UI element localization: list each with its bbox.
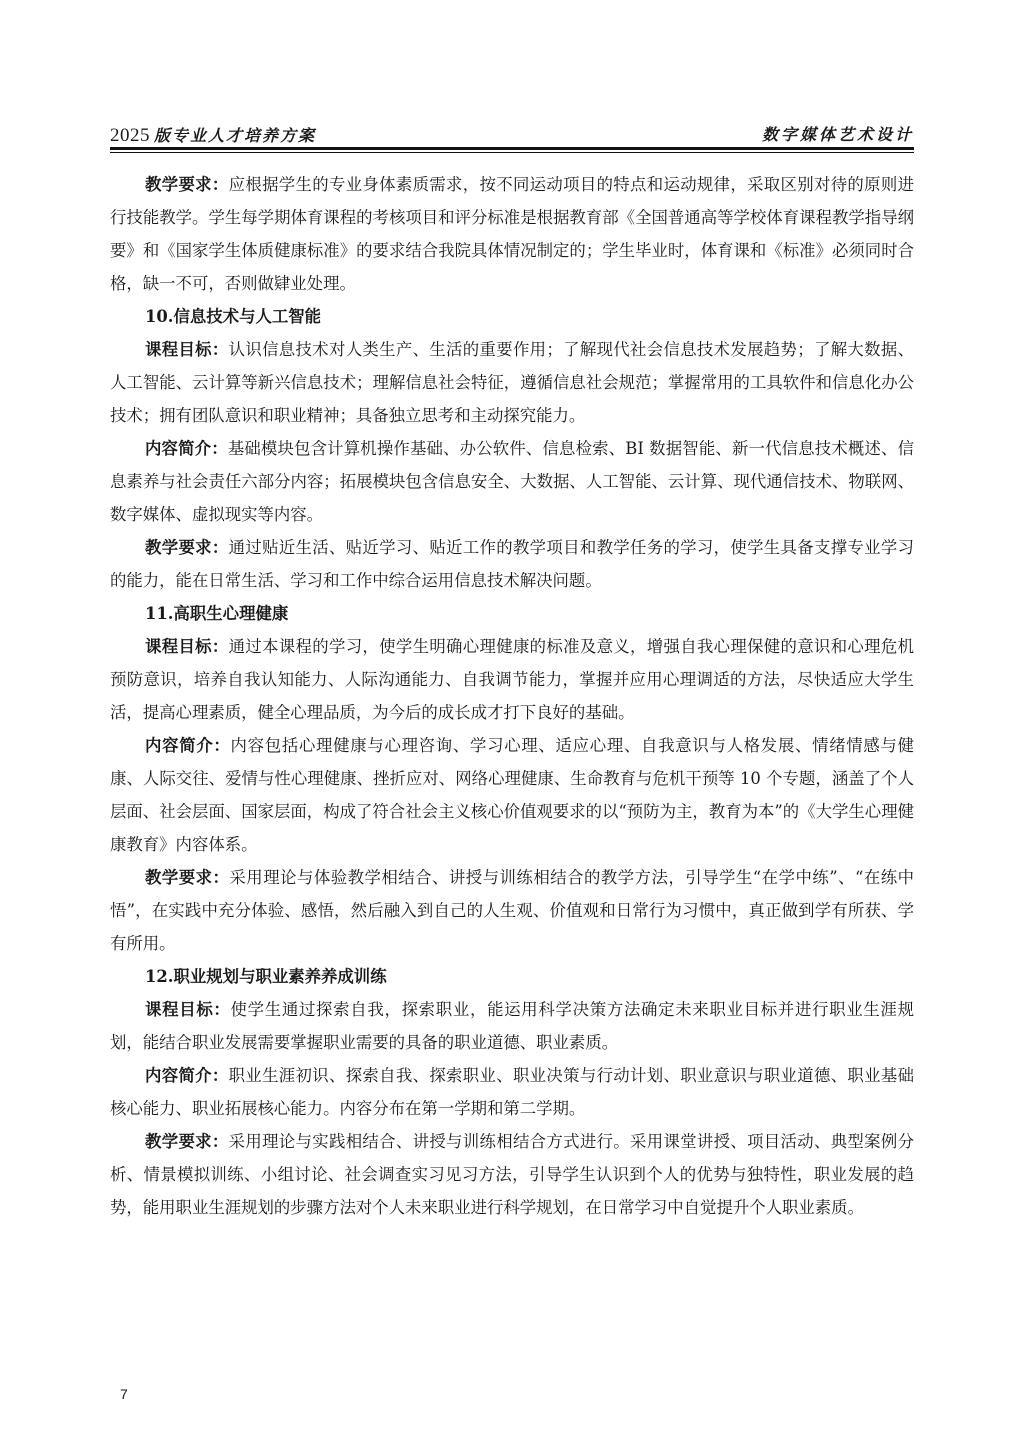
paragraph-label: 内容简介：	[145, 1066, 229, 1085]
section-heading: 10.信息技术与人工智能	[110, 300, 914, 333]
section-heading: 12.职业规划与职业素养养成训练	[110, 960, 914, 993]
page-header: 2025版专业人才培养方案 数字媒体艺术设计	[110, 124, 914, 146]
paragraph-text: 认识信息技术对人类生产、生活的重要作用；了解现代社会信息技术发展趋势；了解大数据…	[110, 340, 914, 425]
paragraph-text: 采用理论与体验教学相结合、讲授与训练相结合的教学方法，引导学生“在学中练”、“在…	[110, 868, 914, 953]
paragraph-label: 课程目标：	[145, 637, 229, 656]
course-objective: 课程目标：认识信息技术对人类生产、生活的重要作用；了解现代社会信息技术发展趋势；…	[110, 333, 914, 432]
header-year: 2025	[110, 125, 150, 146]
header-major-title: 数字媒体艺术设计	[762, 124, 914, 146]
paragraph-text: 通过本课程的学习，使学生明确心理健康的标准及意义，增强自我心理保健的意识和心理危…	[110, 637, 914, 722]
paragraph-label: 教学要求：	[145, 868, 229, 887]
paragraph-label: 内容简介：	[145, 736, 231, 755]
paragraph-text: 基础模块包含计算机操作基础、办公软件、信息检索、BI 数据智能、新一代信息技术概…	[110, 439, 914, 524]
header-divider-thin	[110, 152, 914, 153]
document-body: 教学要求：应根据学生的专业身体素质需求，按不同运动项目的特点和运动规律，采取区别…	[110, 168, 914, 1224]
paragraph-label: 课程目标：	[145, 340, 229, 359]
course-objective: 课程目标：使学生通过探索自我，探索职业，能运用科学决策方法确定未来职业目标并进行…	[110, 993, 914, 1059]
header-divider-thick	[110, 147, 914, 150]
paragraph-text: 应根据学生的专业身体素质需求，按不同运动项目的特点和运动规律，采取区别对待的原则…	[110, 175, 914, 293]
paragraph-label: 内容简介：	[145, 439, 228, 458]
course-content: 内容简介：基础模块包含计算机操作基础、办公软件、信息检索、BI 数据智能、新一代…	[110, 432, 914, 531]
paragraph-label: 教学要求：	[145, 538, 229, 557]
course-content: 内容简介：内容包括心理健康与心理咨询、学习心理、适应心理、自我意识与人格发展、情…	[110, 729, 914, 861]
page-number: 7	[120, 1386, 128, 1402]
course-content: 内容简介：职业生涯初识、探索自我、探索职业、职业决策与行动计划、职业意识与职业道…	[110, 1059, 914, 1125]
teaching-requirement: 教学要求：通过贴近生活、贴近学习、贴近工作的教学项目和教学任务的学习，使学生具备…	[110, 531, 914, 597]
teaching-requirement: 教学要求：采用理论与体验教学相结合、讲授与训练相结合的教学方法，引导学生“在学中…	[110, 861, 914, 960]
paragraph-text: 使学生通过探索自我，探索职业，能运用科学决策方法确定未来职业目标并进行职业生涯规…	[110, 1000, 914, 1052]
header-document-title: 版专业人才培养方案	[154, 128, 316, 145]
header-left: 2025版专业人才培养方案	[110, 124, 316, 148]
paragraph-text: 内容包括心理健康与心理咨询、学习心理、适应心理、自我意识与人格发展、情绪情感与健…	[110, 736, 914, 854]
paragraph-text: 职业生涯初识、探索自我、探索职业、职业决策与行动计划、职业意识与职业道德、职业基…	[110, 1066, 914, 1118]
paragraph-label: 教学要求：	[145, 1132, 229, 1151]
paragraph-label: 课程目标：	[145, 1000, 231, 1019]
section-heading: 11.高职生心理健康	[110, 597, 914, 630]
paragraph-text: 通过贴近生活、贴近学习、贴近工作的教学项目和教学任务的学习，使学生具备支撑专业学…	[110, 538, 914, 590]
paragraph-label: 教学要求：	[145, 175, 229, 194]
course-objective: 课程目标：通过本课程的学习，使学生明确心理健康的标准及意义，增强自我心理保健的意…	[110, 630, 914, 729]
teaching-requirement: 教学要求：采用理论与实践相结合、讲授与训练相结合方式进行。采用课堂讲授、项目活动…	[110, 1125, 914, 1224]
intro-paragraph: 教学要求：应根据学生的专业身体素质需求，按不同运动项目的特点和运动规律，采取区别…	[110, 168, 914, 300]
paragraph-text: 采用理论与实践相结合、讲授与训练相结合方式进行。采用课堂讲授、项目活动、典型案例…	[110, 1132, 914, 1217]
